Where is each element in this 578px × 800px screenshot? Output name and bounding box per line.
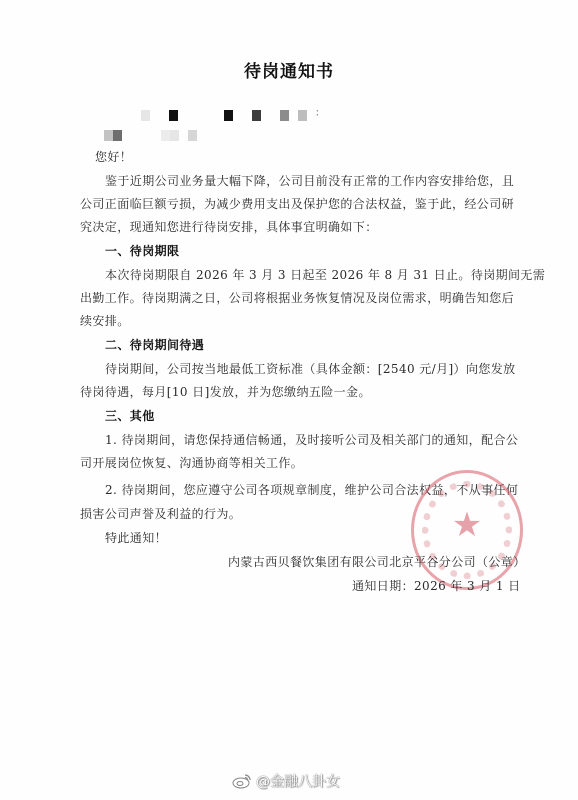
redaction-block xyxy=(141,110,150,121)
notice-date: 通知日期：2026 年 3 月 1 日 xyxy=(352,579,520,593)
intro-line: 公司正面临巨额亏损，为减少费用支出及保护您的合法权益，鉴于此，经公司研 xyxy=(80,197,514,211)
redaction-block xyxy=(224,110,233,121)
redaction-block xyxy=(113,130,122,141)
section-heading: 三、其他 xyxy=(105,409,155,423)
section-line: 续安排。 xyxy=(80,314,130,328)
company-seal-stamp: ★ xyxy=(411,470,523,590)
section-heading: 二、待岗期间待遇 xyxy=(105,338,204,352)
redaction-block xyxy=(170,130,179,141)
document-title: 待岗通知书 xyxy=(0,57,578,82)
section-line: 出勤工作。待岗期满之日，公司将根据业务恢复情况及岗位需求，明确告知您后 xyxy=(80,291,514,305)
watermark-text: @金融八卦女 xyxy=(256,771,340,791)
weibo-watermark: @金融八卦女 xyxy=(232,771,340,791)
redaction-block xyxy=(161,130,170,141)
section-line: 司开展岗位恢复、沟通协商等相关工作。 xyxy=(80,456,303,470)
issuer-name: 内蒙古西贝餐饮集团有限公司北京平谷分公司（公章） xyxy=(228,555,526,569)
greeting: 您好！ xyxy=(95,150,132,164)
recipient-colon: ： xyxy=(315,104,325,119)
weibo-icon xyxy=(232,773,252,789)
redaction-block xyxy=(188,130,197,141)
redaction-block xyxy=(252,110,261,121)
redaction-block xyxy=(298,110,307,121)
intro-line: 究决定，现通知您进行待岗安排，具体事宜明确如下： xyxy=(80,220,378,234)
redaction-block xyxy=(280,110,289,121)
section-line: 待岗待遇，每月[10 日]发放，并为您缴纳五险一金。 xyxy=(80,385,371,399)
section-line: 损害公司声誉及利益的行为。 xyxy=(80,507,241,521)
redaction-block xyxy=(169,110,178,121)
intro-line: 鉴于近期公司业务量大幅下降，公司目前没有正常的工作内容安排给您，且 xyxy=(105,174,514,188)
section-line: 1. 待岗期间，请您保持通信畅通，及时接听公司及相关部门的通知，配合公 xyxy=(105,433,518,447)
redaction-block xyxy=(104,130,113,141)
notice-document: 待岗通知书 ： 您好！ 鉴于近期公司业务量大幅下降，公司目前没有正常的工作内容安… xyxy=(0,0,578,800)
section-line: 本次待岗期限自 2026 年 3 月 3 日起至 2026 年 8 月 31 日… xyxy=(105,268,545,282)
section-heading: 一、待岗期限 xyxy=(105,244,179,258)
section-line: 待岗期间，公司按当地最低工资标准（具体金额：[2540 元/月]）向您发放 xyxy=(105,362,516,376)
star-icon: ★ xyxy=(414,507,520,543)
closing: 特此通知！ xyxy=(105,531,167,545)
